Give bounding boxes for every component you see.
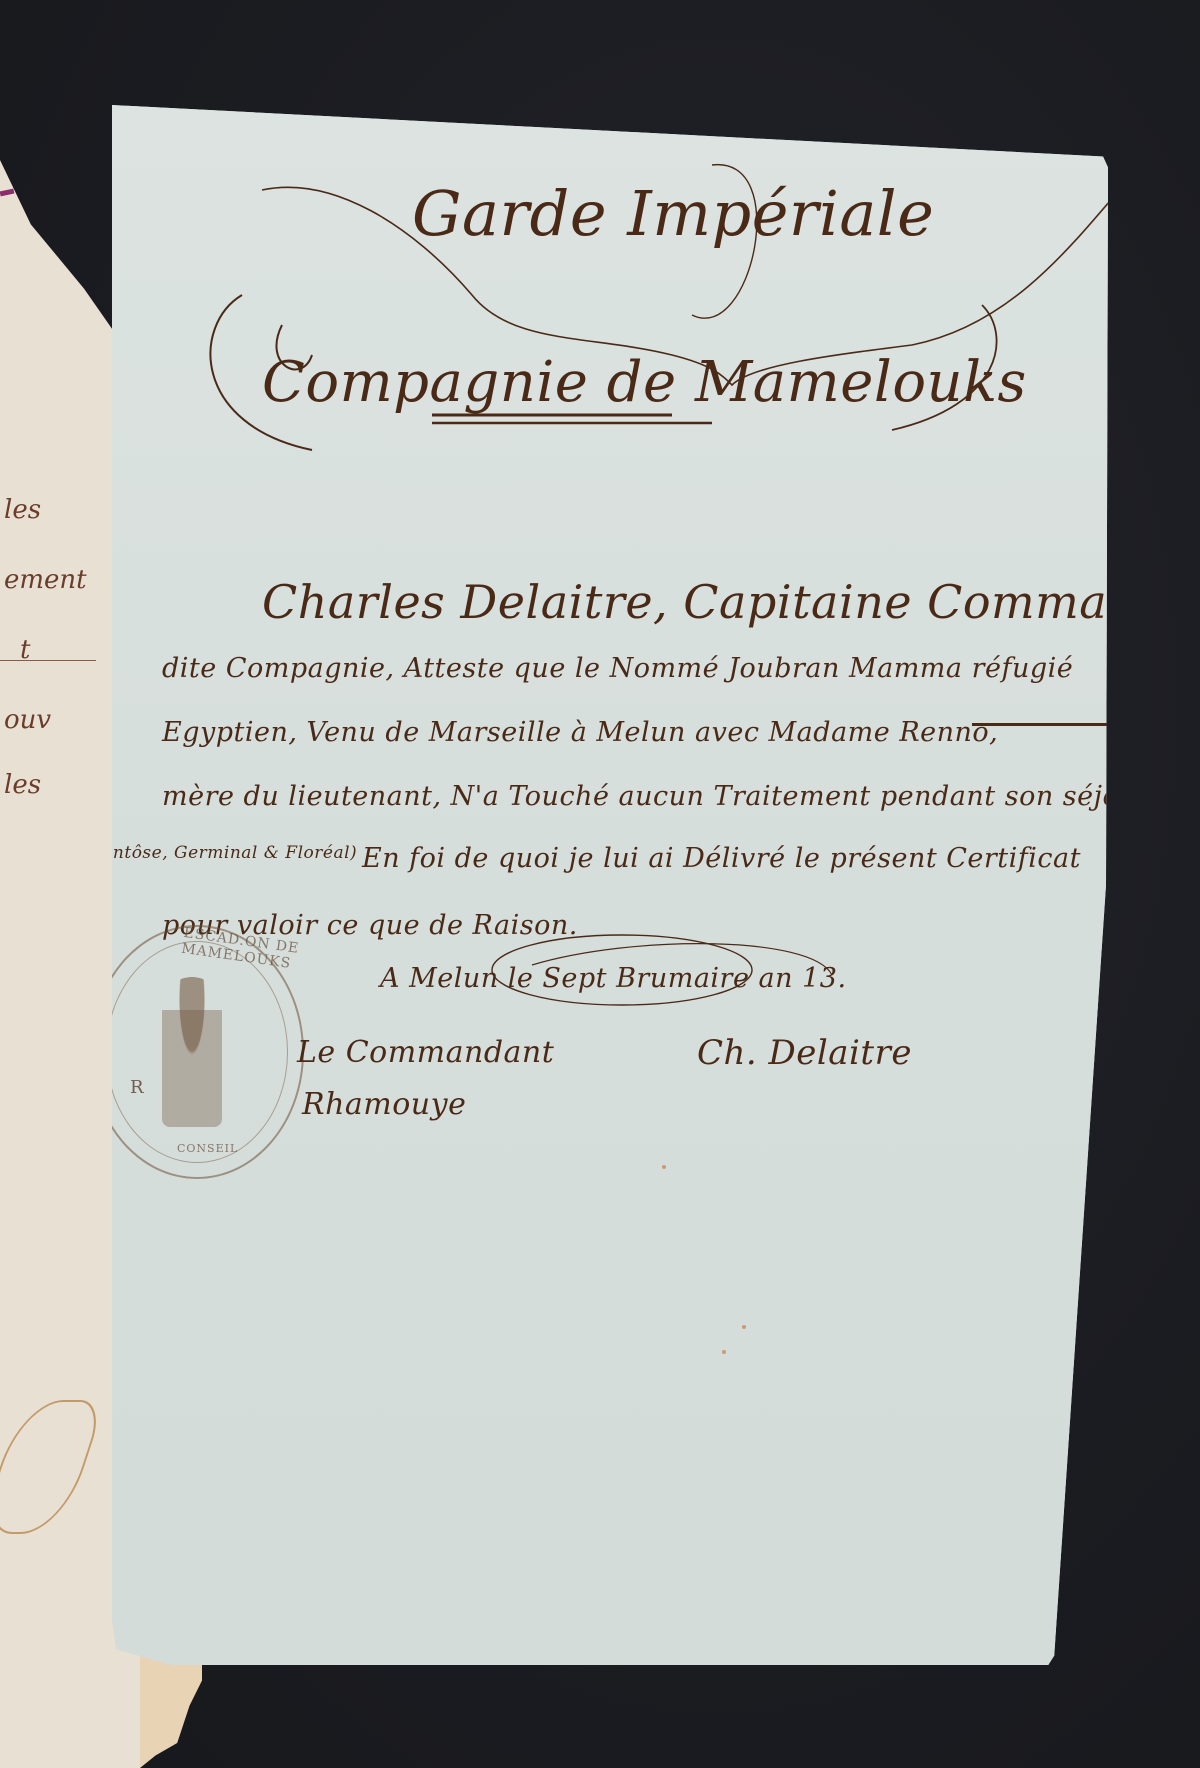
- underlying-text-fragment: ouv: [4, 705, 51, 735]
- seal-figure-icon: [162, 977, 222, 1127]
- margin-note: (Ventôse, Germinal & Floréal): [84, 843, 357, 863]
- purple-ink-mark: [0, 189, 14, 197]
- foxing-spot: [722, 1350, 726, 1354]
- body-line-3: Egyptien, Venu de Marseille à Melun avec…: [162, 717, 998, 748]
- body-line-1: Charles Delaitre, Capitaine Commandant d…: [262, 575, 1200, 629]
- certificate-paper: Garde Impériale Compagnie de Mamelouks C…: [112, 105, 1108, 1665]
- body-line-2: dite Compagnie, Atteste que le Nommé Jou…: [162, 653, 1073, 684]
- official-seal: ESCAD.ON DE MAMELOUKS R CONSEIL: [90, 925, 304, 1179]
- foxing-spot: [662, 1165, 666, 1169]
- date-line: A Melun le Sept Brumaire an 13.: [380, 963, 847, 994]
- signature-left-title: Le Commandant: [297, 1035, 554, 1070]
- heading-garde-imperiale: Garde Impériale: [412, 177, 934, 250]
- body-line-4: mère du lieutenant, N'a Touché aucun Tra…: [162, 781, 1157, 812]
- seal-letter: R: [130, 1077, 144, 1098]
- underlying-text-fragment: les: [4, 495, 41, 525]
- body-line-5: En foi de quoi je lui ai Délivré le prés…: [362, 843, 1081, 874]
- underlying-rule: [0, 660, 96, 661]
- underlying-text-fragment: t: [20, 635, 30, 665]
- calligraphic-flourishes: [112, 105, 1108, 1665]
- signature-delaitre: Ch. Delaitre: [697, 1033, 912, 1073]
- seal-bottom-text: CONSEIL: [177, 1142, 238, 1155]
- underlying-gold-flourish: [0, 1400, 106, 1534]
- underlying-text-fragment: ement: [4, 565, 87, 595]
- underlying-text-fragment: les: [4, 770, 41, 800]
- heading-compagnie-mamelouks: Compagnie de Mamelouks: [262, 350, 1027, 415]
- signature-left-name: Rhamouye: [302, 1087, 466, 1122]
- foxing-spot: [742, 1325, 746, 1329]
